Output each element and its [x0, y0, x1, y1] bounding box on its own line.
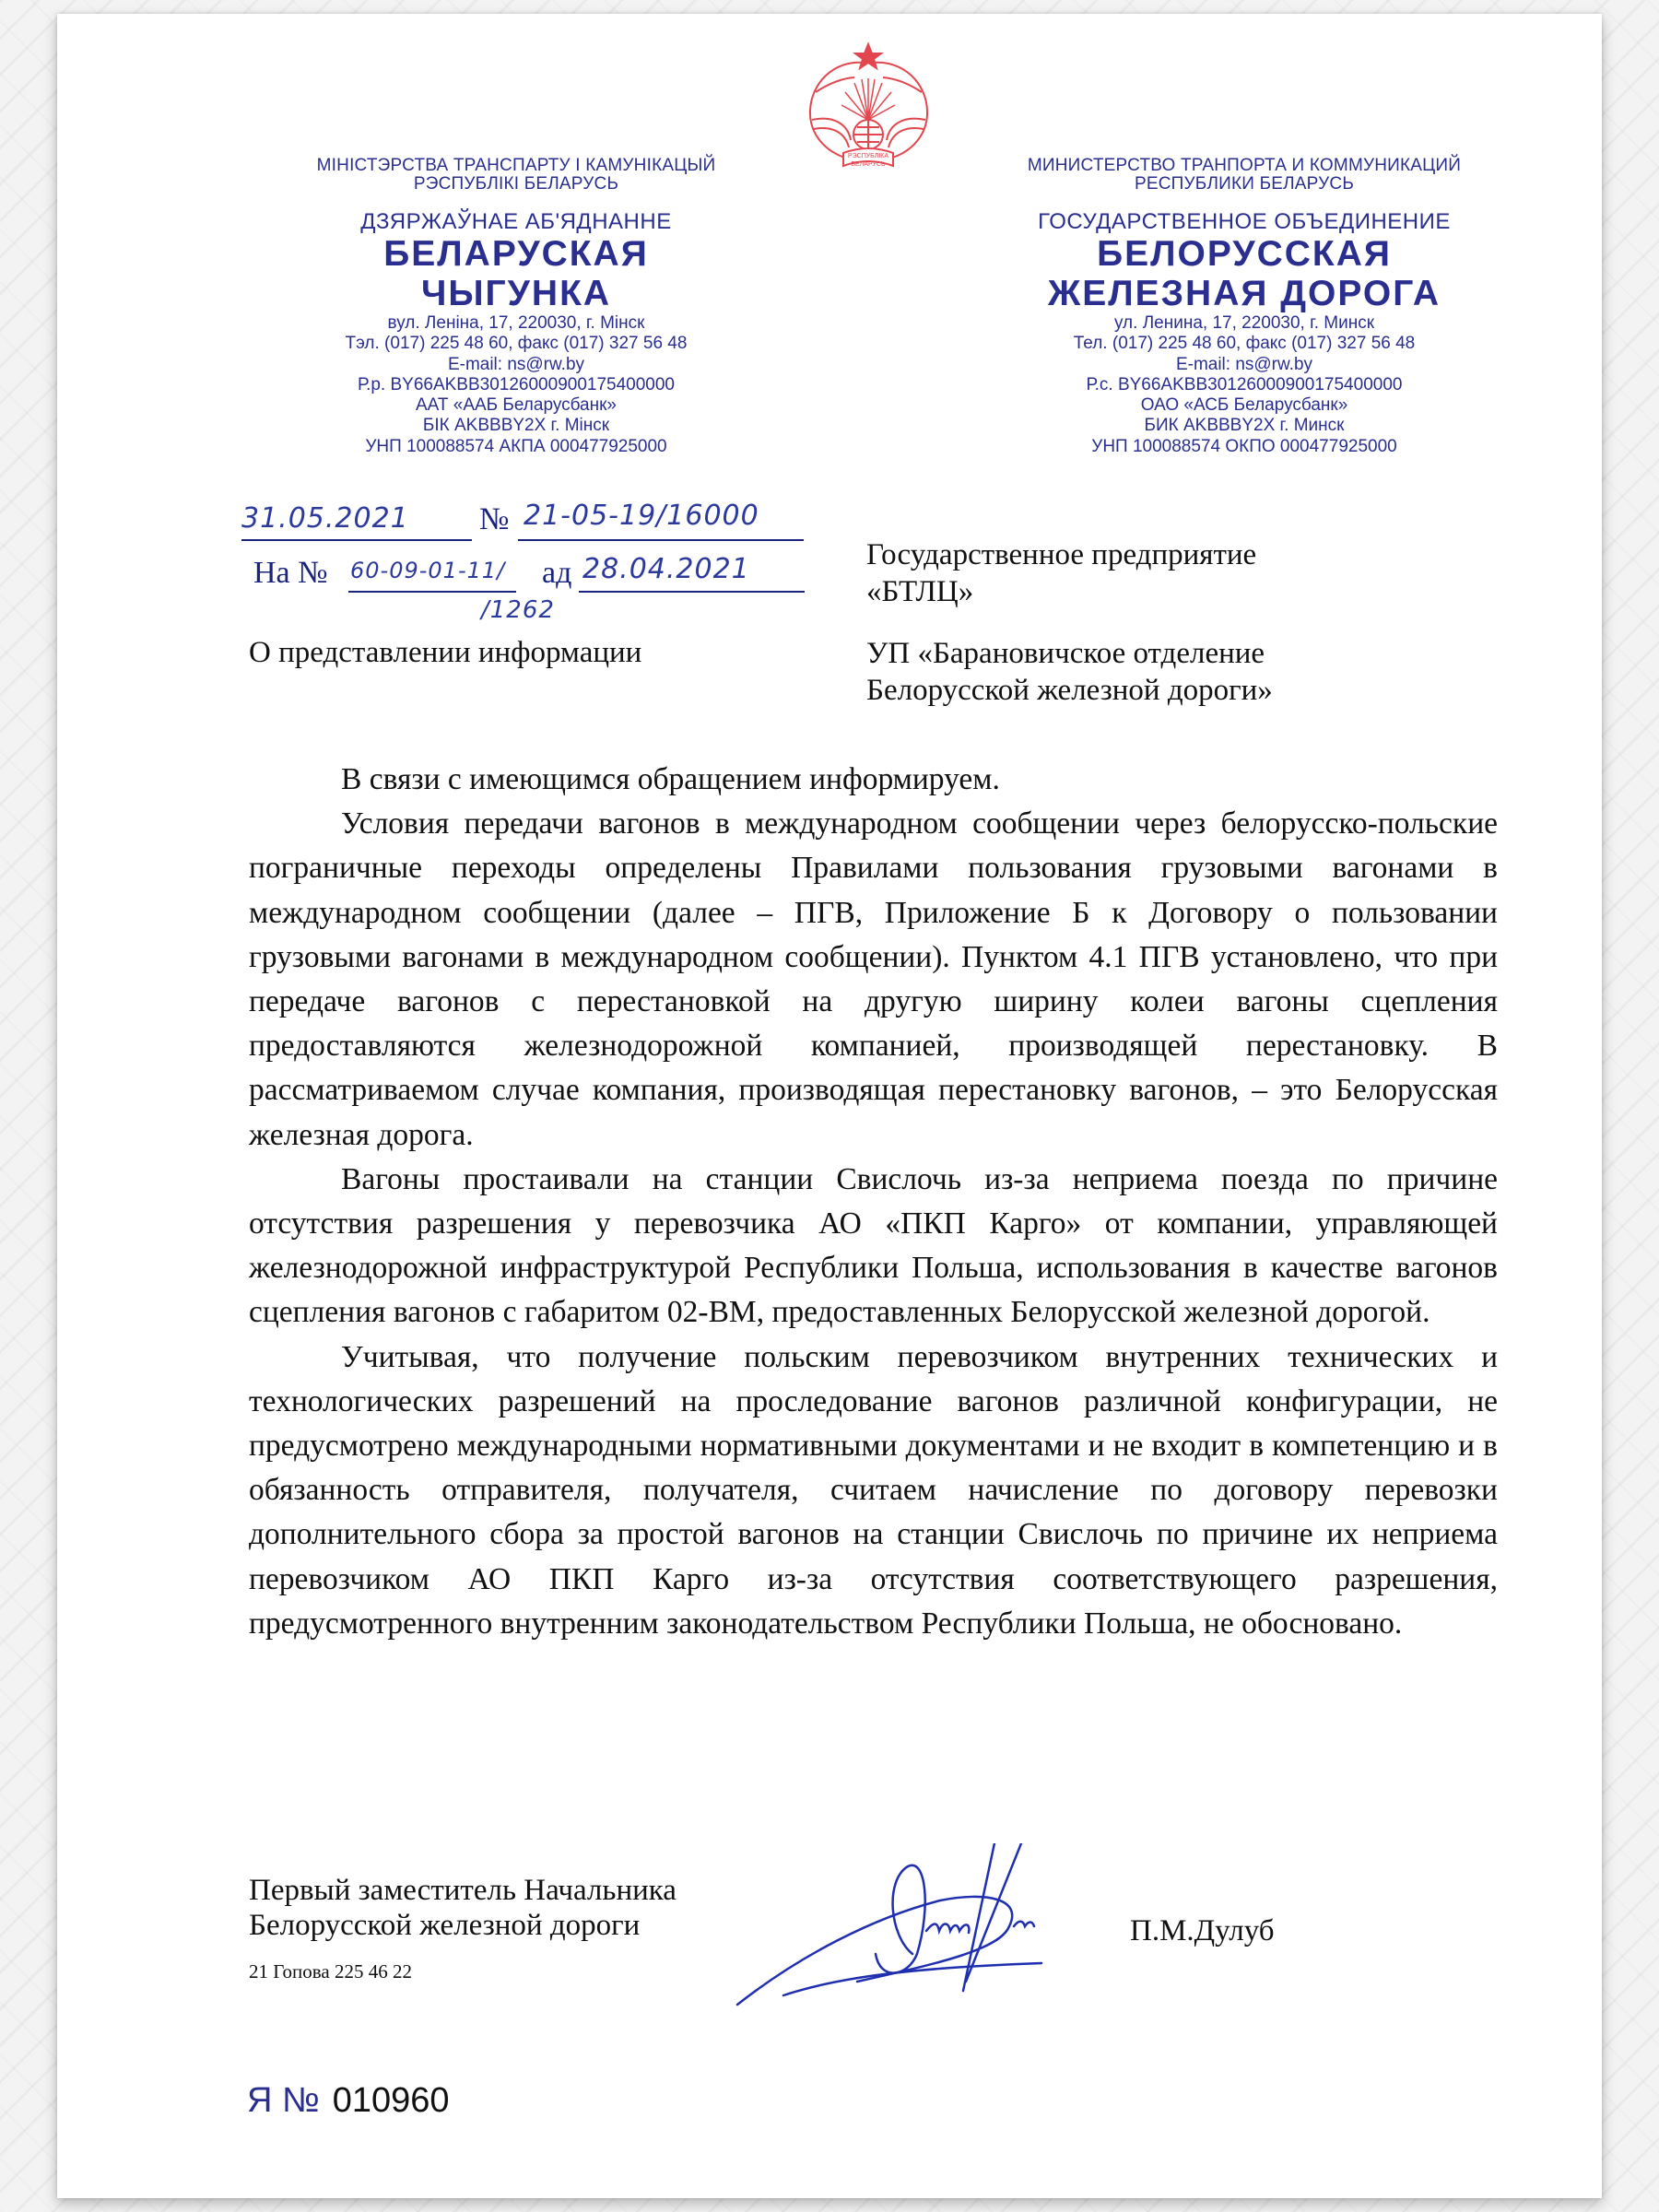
- serial-prefix: Я №: [247, 2081, 320, 2120]
- tax-ids: УНП 100088574 ОКПО 000477925000: [995, 437, 1493, 457]
- serial-value: 010960: [333, 2081, 450, 2120]
- outgoing-date: 31.05.2021: [241, 502, 409, 535]
- recipient-2-line1: УП «Барановичское отделение: [866, 635, 1273, 672]
- signatory-title-line2: Белорусской железной дороги: [249, 1908, 677, 1943]
- letterhead-belarusian: МІНІСТЭРСТВА ТРАНСПАРТУ І КАМУНІКАЦЫЙ РЭ…: [276, 157, 756, 457]
- body-paragraph: Условия передачи вагонов в международном…: [249, 802, 1498, 1158]
- ministry-name: МІНІСТЭРСТВА ТРАНСПАРТУ І КАМУНІКАЦЫЙ: [276, 157, 756, 175]
- reply-to-label: На №: [253, 556, 328, 591]
- org-name-line2: ЖЕЛЕЗНАЯ ДОРОГА: [995, 274, 1493, 313]
- reply-to-number: 60-09-01-11/: [350, 558, 505, 583]
- body-paragraph: Вагоны простаивали на станции Свислочь и…: [249, 1158, 1498, 1335]
- email: E-mail: ns@rw.by: [276, 355, 756, 375]
- body-paragraph: Учитывая, что получение польским перевоз…: [249, 1335, 1498, 1646]
- signatory-title: Первый заместитель Начальника Белорусско…: [249, 1873, 677, 1943]
- letter-body: В связи с имеющимся обращением информиру…: [249, 758, 1498, 1646]
- ministry-country: РЭСПУБЛІКІ БЕЛАРУСЬ: [276, 175, 756, 194]
- signatory-title-line1: Первый заместитель Начальника: [249, 1873, 677, 1908]
- recipient-1-line2: «БТЛЦ»: [866, 573, 1256, 610]
- bank-bic: БИК AKBBBY2X г. Минск: [995, 416, 1493, 436]
- recipient-2-line2: Белорусской железной дороги»: [866, 672, 1273, 709]
- bank-bic: БІК AKBBBY2X г. Мінск: [276, 416, 756, 436]
- date-underline: [241, 539, 472, 541]
- org-name-line1: БЕЛАРУСКАЯ: [276, 234, 756, 274]
- bank-name: ОАО «АСБ Беларусбанк»: [995, 395, 1493, 416]
- reply-number-underline: [348, 591, 516, 593]
- form-serial-number: Я №010960: [247, 2081, 450, 2121]
- ministry-country: РЕСПУБЛИКИ БЕЛАРУСЬ: [995, 175, 1493, 194]
- reply-date-label: ад: [542, 556, 571, 591]
- reply-to-number-continued: /1262: [481, 596, 555, 624]
- phone-fax: Тэл. (017) 225 48 60, факс (017) 327 56 …: [276, 334, 756, 354]
- body-paragraph: В связи с имеющимся обращением информиру…: [249, 758, 1498, 802]
- org-name-line1: БЕЛОРУССКАЯ: [995, 234, 1493, 274]
- executor-contact: 21 Гопова 225 46 22: [249, 1960, 412, 1983]
- svg-text:БЕЛАРУСЬ: БЕЛАРУСЬ: [851, 161, 886, 168]
- phone-fax: Тел. (017) 225 48 60, факс (017) 327 56 …: [995, 334, 1493, 354]
- reply-date-underline: [579, 591, 805, 593]
- number-underline: [518, 539, 804, 541]
- recipient-2: УП «Барановичское отделение Белорусской …: [866, 635, 1273, 709]
- bank-account: Р.р. BY66AKBB30126000900175400000: [276, 375, 756, 395]
- signatory-name: П.М.Дулуб: [1130, 1914, 1275, 1948]
- reply-to-date: 28.04.2021: [582, 553, 750, 585]
- recipient-1: Государственное предприятие «БТЛЦ»: [866, 536, 1256, 610]
- bank-name: ААТ «ААБ Беларусбанк»: [276, 395, 756, 416]
- org-name-line2: ЧЫГУНКА: [276, 274, 756, 313]
- bank-account: Р.с. BY66AKBB30126000900175400000: [995, 375, 1493, 395]
- outgoing-number: 21-05-19/16000: [524, 500, 759, 532]
- letter-subject: О представлении информации: [249, 636, 641, 670]
- svg-text:РЭСПУБЛІКА: РЭСПУБЛІКА: [848, 153, 888, 159]
- email: E-mail: ns@rw.by: [995, 355, 1493, 375]
- recipient-1-line1: Государственное предприятие: [866, 536, 1256, 573]
- association-type: ГОСУДАРСТВЕННОЕ ОБЪЕДИНЕНИЕ: [995, 210, 1493, 234]
- ministry-name: МИНИСТЕРСТВО ТРАНПОРТА И КОММУНИКАЦИЙ: [995, 157, 1493, 175]
- letterhead-russian: МИНИСТЕРСТВО ТРАНПОРТА И КОММУНИКАЦИЙ РЕ…: [995, 157, 1493, 457]
- belarus-state-emblem-icon: РЭСПУБЛІКА БЕЛАРУСЬ: [797, 37, 940, 175]
- association-type: ДЗЯРЖАЎНАЕ АБ'ЯДНАННЕ: [276, 210, 756, 234]
- address: ул. Ленина, 17, 220030, г. Минск: [995, 313, 1493, 334]
- address: вул. Леніна, 17, 220030, г. Мінск: [276, 313, 756, 334]
- handwritten-signature: [728, 1843, 1097, 2009]
- tax-ids: УНП 100088574 АКПА 000477925000: [276, 437, 756, 457]
- number-label: №: [479, 502, 509, 537]
